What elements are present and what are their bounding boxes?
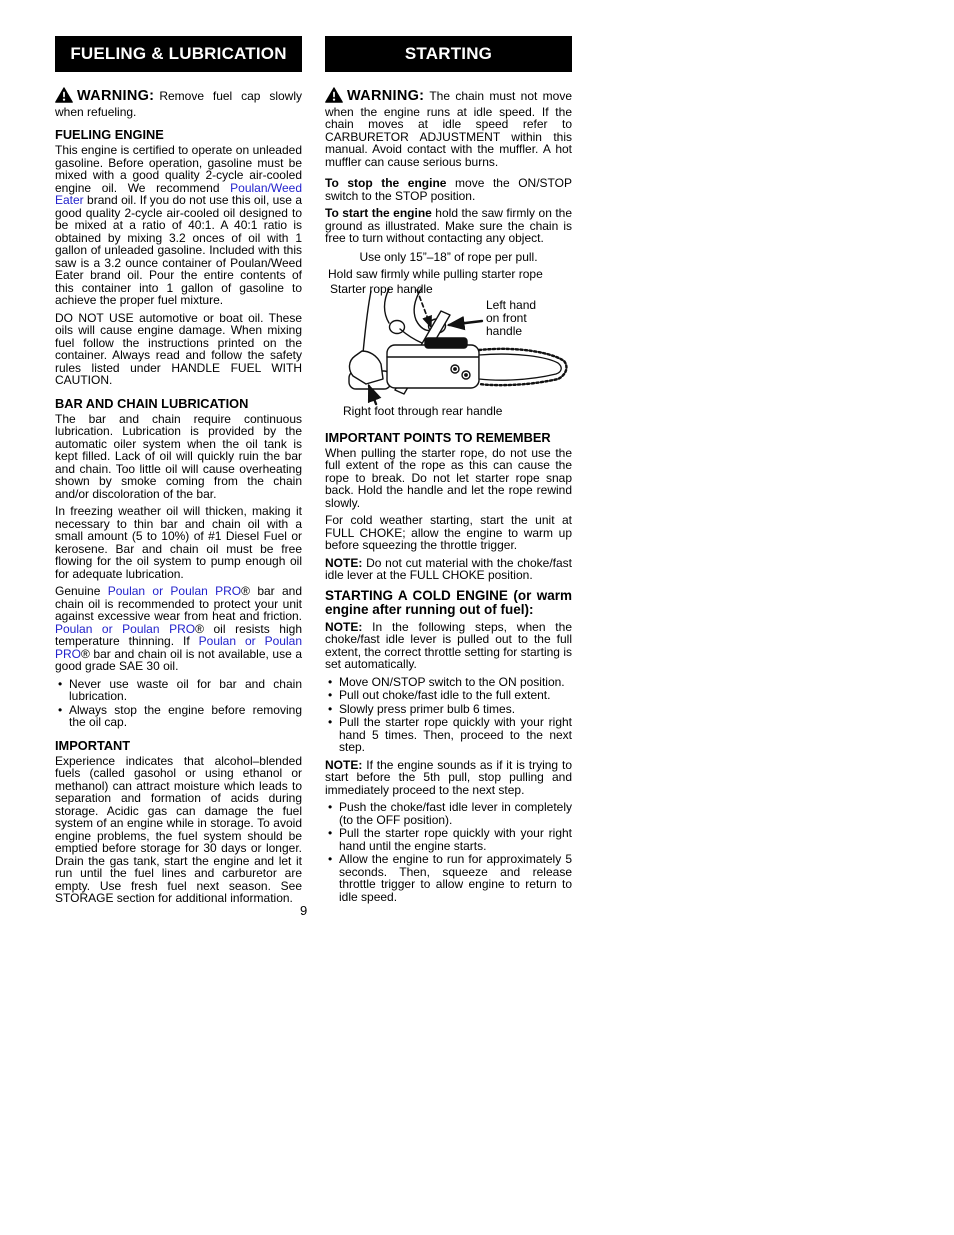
paragraph-stop-engine: To stop the engine move the ON/STOP swit…: [325, 177, 572, 202]
list-item: •Push the choke/fast idle lever in compl…: [325, 801, 572, 826]
heading-starting-cold-engine: STARTING A COLD ENGINE (or warm engine a…: [325, 589, 572, 618]
list-item: •Always stop the engine before removing …: [55, 704, 302, 729]
text-run: brand oil. If you do not use this oil, u…: [55, 193, 302, 307]
cold-start-step-list-1: •Move ON/STOP switch to the ON position.…: [325, 676, 572, 754]
starting-figure: Starter rope handle Left hand on front h…: [325, 283, 572, 421]
fueling-lubrication-column: FUELING & LUBRICATION WARNING:Remove fue…: [55, 36, 302, 910]
bar-chain-bullet-list: •Never use waste oil for bar and chain l…: [55, 678, 302, 729]
bullet-icon: •: [325, 676, 339, 689]
bullet-icon: •: [55, 678, 69, 703]
bullet-text: Pull the starter rope quickly with your …: [339, 716, 572, 754]
list-item: •Pull the starter rope quickly with your…: [325, 827, 572, 852]
bullet-icon: •: [325, 853, 339, 903]
list-item: •Allow the engine to run for approximate…: [325, 853, 572, 903]
list-item: •Slowly press primer bulb 6 times.: [325, 703, 572, 716]
figure-label-starter-rope-handle: Starter rope handle: [330, 283, 433, 296]
bullet-icon: •: [325, 703, 339, 716]
paragraph-do-not-use-oil: DO NOT USE automotive or boat oil. These…: [55, 312, 302, 387]
paragraph-bar-chain-3: Genuine Poulan or Poulan PRO® bar and ch…: [55, 585, 302, 673]
bullet-icon: •: [325, 689, 339, 702]
note-text: Do not cut material with the choke/fast …: [325, 556, 572, 583]
bullet-text: Move ON/STOP switch to the ON position.: [339, 676, 572, 689]
warning-label: WARNING:: [347, 88, 424, 104]
note-cold-2: NOTE: If the engine sounds as if it is t…: [325, 759, 572, 797]
bullet-text: Slowly press primer bulb 6 times.: [339, 703, 572, 716]
list-item: •Never use waste oil for bar and chain l…: [55, 678, 302, 703]
heading-bar-chain-lubrication: BAR AND CHAIN LUBRICATION: [55, 396, 302, 411]
paragraph-start-engine: To start the engine hold the saw firmly …: [325, 207, 572, 245]
starting-column: STARTING WARNING:The chain must not move…: [325, 36, 572, 908]
paragraph-points-2: For cold weather starting, start the uni…: [325, 514, 572, 552]
manual-page: FUELING & LUBRICATION WARNING:Remove fue…: [0, 0, 954, 1235]
bullet-icon: •: [325, 716, 339, 754]
note-cold-1: NOTE: In the following steps, when the c…: [325, 621, 572, 671]
figure-label-right-foot: Right foot through rear handle: [343, 405, 502, 418]
list-item: •Pull the starter rope quickly with your…: [325, 716, 572, 754]
section-header-fueling-lubrication: FUELING & LUBRICATION: [55, 36, 302, 72]
warning-block-starting: WARNING:The chain must not move when the…: [325, 87, 572, 168]
bullet-icon: •: [325, 827, 339, 852]
paragraph-bar-chain-1: The bar and chain require continuous lub…: [55, 413, 302, 501]
warning-block-fueling: WARNING:Remove fuel cap slowly when refu…: [55, 87, 302, 118]
bullet-icon: •: [325, 801, 339, 826]
section-header-starting: STARTING: [325, 36, 572, 72]
list-item: •Pull out choke/fast idle to the full ex…: [325, 689, 572, 702]
bullet-text: Pull out choke/fast idle to the full ext…: [339, 689, 572, 702]
note-choke: NOTE: Do not cut material with the choke…: [325, 557, 572, 582]
warning-triangle-icon: [55, 87, 73, 106]
heading-fueling-engine: FUELING ENGINE: [55, 127, 302, 142]
note-text: If the engine sounds as if it is trying …: [325, 758, 572, 797]
figure-caption-rope: Use only 15”–18” of rope per pull.: [325, 250, 572, 264]
cold-start-step-list-2: •Push the choke/fast idle lever in compl…: [325, 801, 572, 903]
heading-important: IMPORTANT: [55, 738, 302, 753]
paragraph-fueling-engine: This engine is certified to operate on u…: [55, 144, 302, 307]
text-run: ® bar and chain oil is not available, us…: [55, 647, 302, 674]
bullet-text: Allow the engine to run for approximatel…: [339, 853, 572, 903]
bullet-text: Pull the starter rope quickly with your …: [339, 827, 572, 852]
warning-triangle-icon: [325, 87, 343, 106]
figure-label-left-hand: Left hand on front handle: [486, 299, 544, 338]
bullet-text: Always stop the engine before removing t…: [69, 704, 302, 729]
bullet-text: Never use waste oil for bar and chain lu…: [69, 678, 302, 703]
list-item: •Move ON/STOP switch to the ON position.: [325, 676, 572, 689]
heading-important-points: IMPORTANT POINTS TO REMEMBER: [325, 430, 572, 445]
paragraph-points-1: When pulling the starter rope, do not us…: [325, 447, 572, 510]
figure-caption-hold: Hold saw firmly while pulling starter ro…: [328, 267, 572, 281]
bullet-icon: •: [55, 704, 69, 729]
warning-label: WARNING:: [77, 88, 154, 104]
note-text: In the following steps, when the choke/f…: [325, 620, 572, 672]
paragraph-important: Experience indicates that alcohol–blende…: [55, 755, 302, 905]
bullet-text: Push the choke/fast idle lever in comple…: [339, 801, 572, 826]
page-number: 9: [300, 903, 307, 918]
paragraph-bar-chain-2: In freezing weather oil will thicken, ma…: [55, 505, 302, 580]
